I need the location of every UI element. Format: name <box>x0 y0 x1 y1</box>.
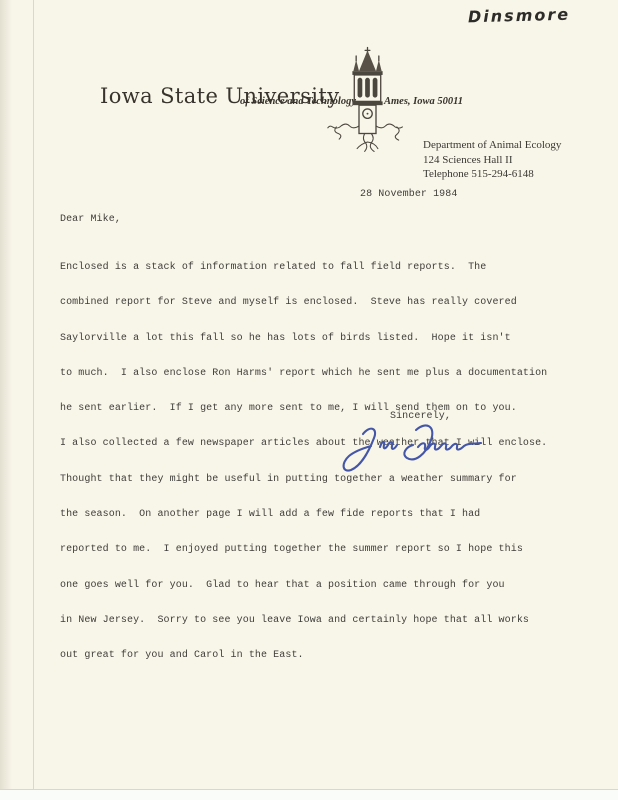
salutation: Dear Mike, <box>60 214 121 225</box>
handwritten-signature <box>336 418 492 480</box>
body-line: reported to me. I enjoyed putting togeth… <box>60 543 547 556</box>
department-address-block: Department of Animal Ecology 124 Science… <box>423 138 561 182</box>
paper-bottom-edge <box>0 789 618 800</box>
scan-left-shadow <box>0 0 12 800</box>
body-line: Enclosed is a stack of information relat… <box>60 261 547 274</box>
letter-date: 28 November 1984 <box>360 189 457 200</box>
body-line: he sent earlier. If I get any more sent … <box>60 402 547 415</box>
body-line: Saylorville a lot this fall so he has lo… <box>60 332 547 345</box>
body-line: one goes well for you. Glad to hear that… <box>60 579 547 592</box>
handwritten-annotation: Dinsmore <box>468 5 571 27</box>
department-address: 124 Sciences Hall II <box>423 153 561 168</box>
department-name: Department of Animal Ecology <box>423 138 561 153</box>
body-line: combined report for Steve and myself is … <box>60 296 547 309</box>
body-line: out great for you and Carol in the East. <box>60 649 547 662</box>
body-line: the season. On another page I will add a… <box>60 508 547 521</box>
scanned-letter-page: Dinsmore Iowa State University of Scienc… <box>0 0 618 800</box>
body-line: in New Jersey. Sorry to see you leave Io… <box>60 614 547 627</box>
paper-crease-line <box>33 0 34 790</box>
department-telephone: Telephone 515-294-6148 <box>423 167 561 182</box>
campanile-tower-icon <box>325 46 410 153</box>
body-line: to much. I also enclose Ron Harms' repor… <box>60 367 547 380</box>
